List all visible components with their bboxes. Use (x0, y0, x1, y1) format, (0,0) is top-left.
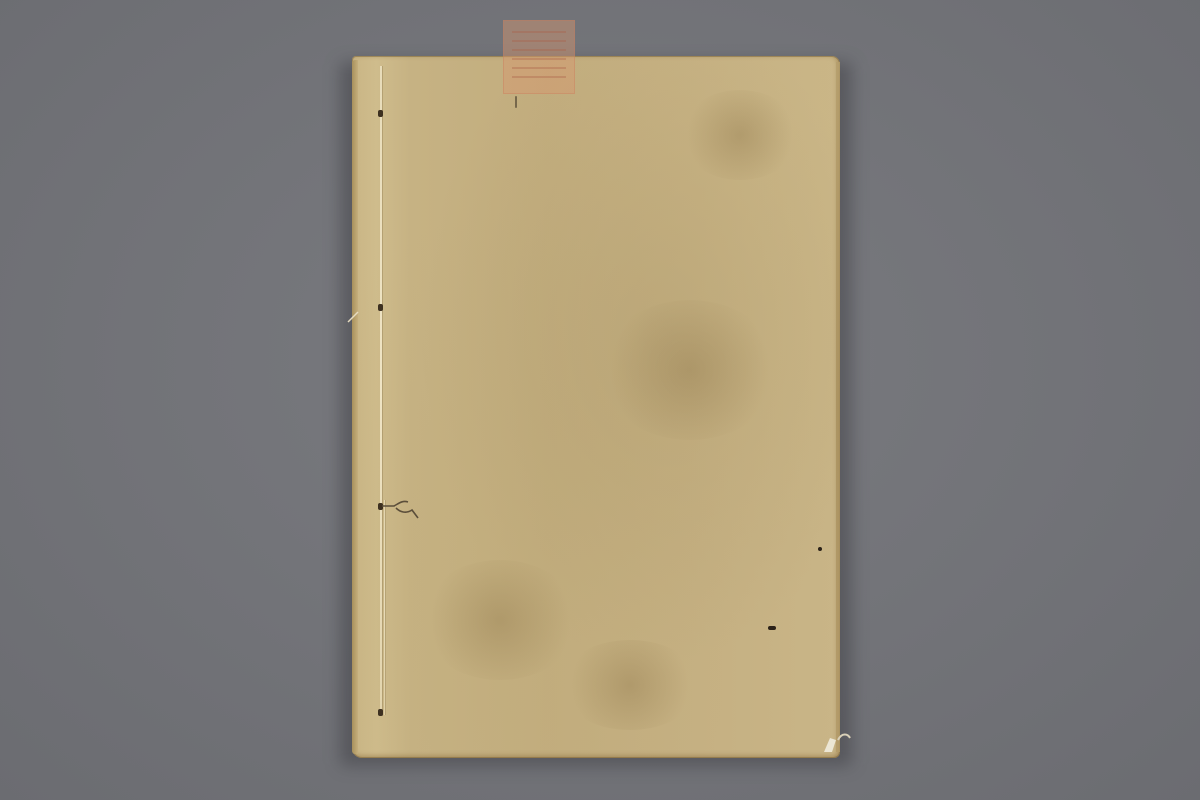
label-faded-lines (512, 31, 566, 83)
loose-thread-knot (382, 498, 422, 528)
cover-stain (560, 640, 700, 730)
stitch-hole (378, 709, 383, 716)
book-spine-edge (352, 60, 358, 754)
cover-stain (680, 90, 800, 180)
loose-thread-end (346, 310, 360, 324)
stitch-hole (378, 304, 383, 311)
book-fore-edge (836, 62, 840, 752)
cover-stain (420, 560, 580, 680)
stitch-hole (378, 110, 383, 117)
ink-spot (818, 547, 822, 551)
cover-stain (600, 300, 780, 440)
title-label-slip (503, 20, 575, 94)
torn-corner-flap (822, 728, 852, 754)
ink-stroke (515, 96, 517, 108)
ink-spot (768, 626, 776, 630)
binding-thread-secondary (384, 500, 385, 715)
binding-thread (380, 66, 382, 716)
